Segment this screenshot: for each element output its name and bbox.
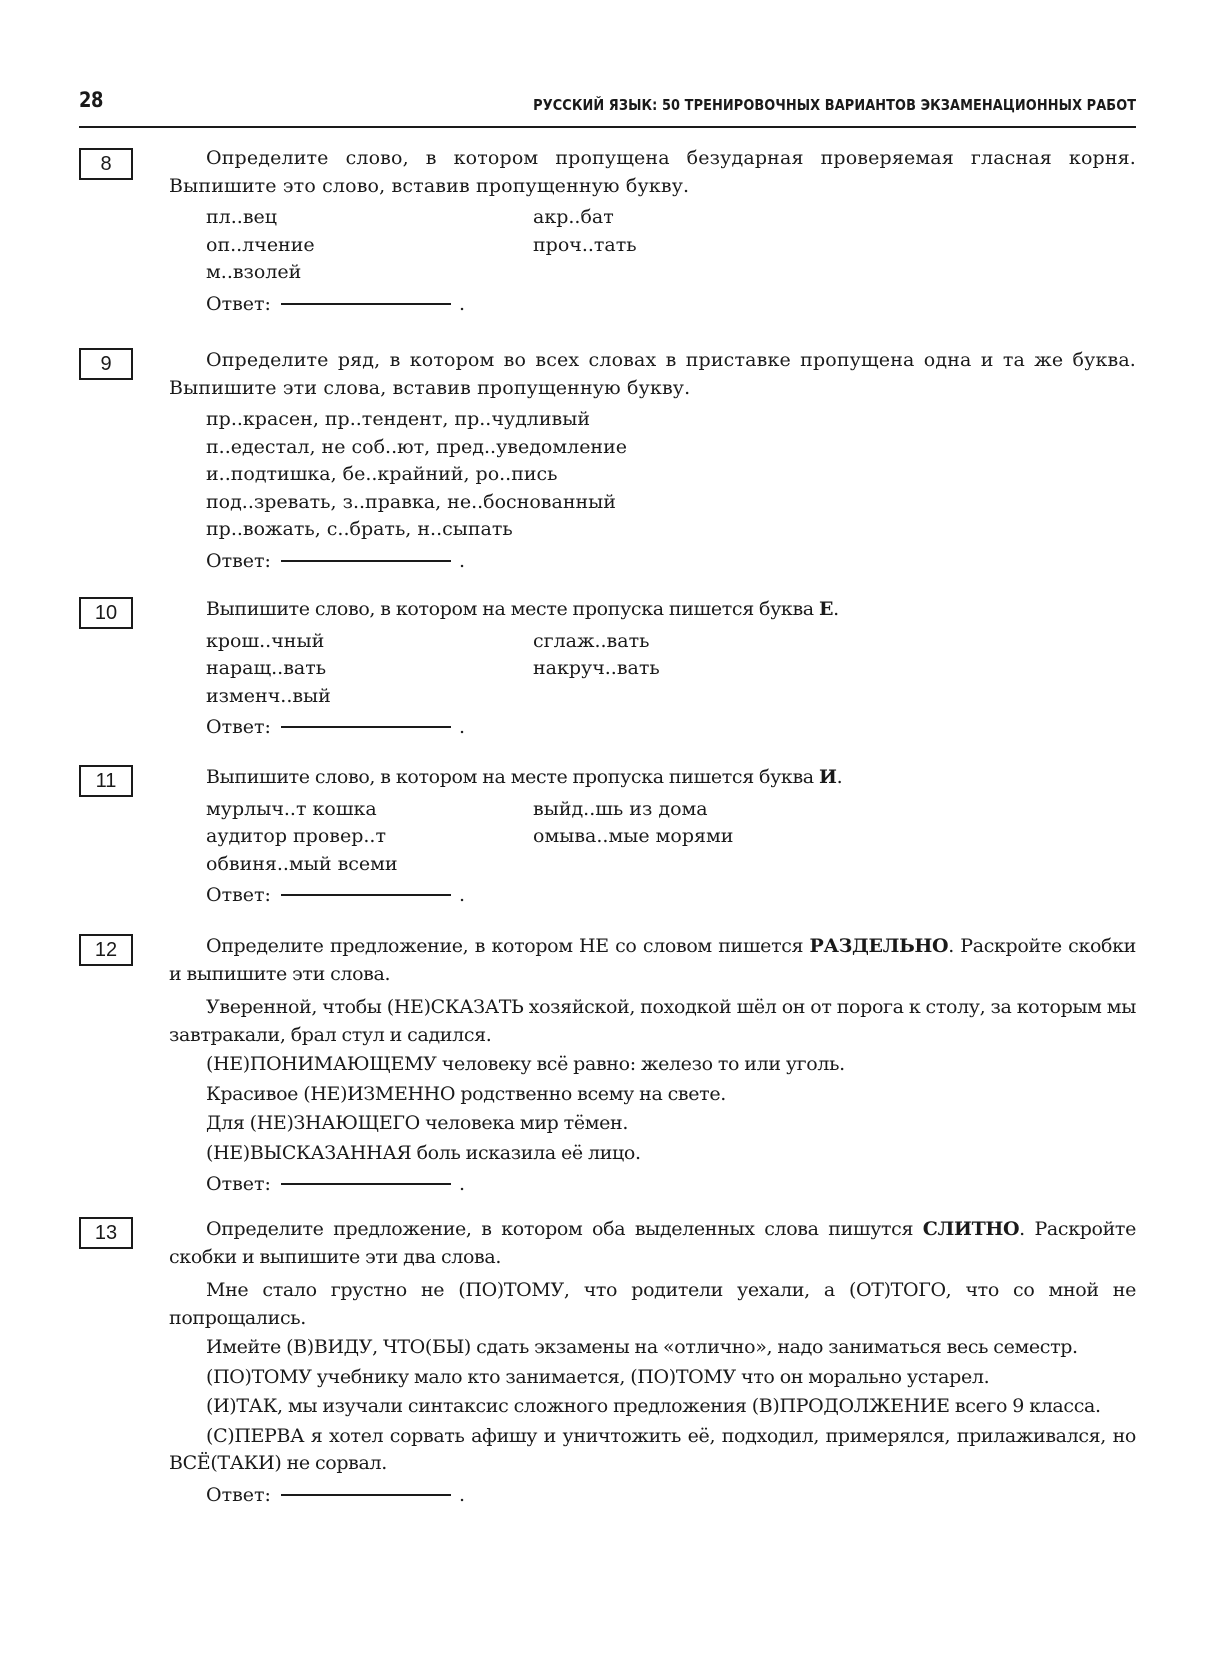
prompt-text: Определите предложение, в котором оба вы…	[206, 1218, 923, 1240]
task-number-box: 10	[79, 597, 133, 629]
options-grid: пл..вец акр..бат оп..лчение проч..тать м…	[206, 204, 1136, 287]
task-body: Выпишите слово, в котором на месте пропу…	[169, 596, 1136, 742]
option: проч..тать	[533, 232, 1136, 260]
sentence-option: Имейте (В)ВИДУ, ЧТО(БЫ) сдать экзамены н…	[169, 1334, 1136, 1362]
options-grid: крош..чный сглаж..вать наращ..вать накру…	[206, 628, 1136, 711]
answer-field: Ответ: .	[206, 1482, 1136, 1510]
page-number: 28	[79, 88, 103, 112]
option: акр..бат	[533, 204, 1136, 232]
task-prompt: Определите ряд, в котором во всех словах…	[169, 347, 1136, 402]
prompt-emphasis: Е	[819, 598, 833, 620]
option: сглаж..вать	[533, 628, 1136, 656]
task-number-box: 13	[79, 1217, 133, 1249]
task-prompt: Определите предложение, в котором оба вы…	[169, 1216, 1136, 1271]
option-row: под..зревать, з..правка, не..боснованный	[206, 489, 1136, 517]
answer-dot: .	[459, 291, 465, 319]
option: выйд..шь из дома	[533, 796, 1136, 824]
answer-dot: .	[459, 548, 465, 576]
prompt-emphasis: РАЗДЕЛЬНО	[810, 935, 949, 957]
option: обвиня..мый всеми	[206, 851, 533, 879]
option	[533, 851, 1136, 879]
sentence-option: (С)ПЕРВА я хотел сорвать афишу и уничтож…	[169, 1423, 1136, 1478]
sentence-option: (ПО)ТОМУ учебнику мало кто занимается, (…	[169, 1364, 1136, 1392]
sentence-option: (И)ТАК, мы изучали синтаксис сложного пр…	[169, 1393, 1136, 1421]
answer-line[interactable]	[281, 1494, 451, 1496]
answer-line[interactable]	[281, 894, 451, 896]
option: накруч..вать	[533, 655, 1136, 683]
option-rows: пр..красен, пр..тендент, пр..чудливый п.…	[206, 406, 1136, 544]
answer-label: Ответ:	[206, 882, 271, 910]
sentence-option: Мне стало грустно не (ПО)ТОМУ, что родит…	[169, 1277, 1136, 1332]
options-grid: мурлыч..т кошка выйд..шь из дома аудитор…	[206, 796, 1136, 879]
prompt-text: Выпишите слово, в котором на месте пропу…	[206, 598, 819, 620]
task-body: Определите слово, в котором пропущена бе…	[169, 145, 1136, 318]
task-number-box: 11	[79, 765, 133, 797]
prompt-text: Выпишите слово, в котором на месте пропу…	[206, 766, 819, 788]
option-row: и..подтишка, бе..крайний, ро..пись	[206, 461, 1136, 489]
sentence-option: Уверенной, чтобы (НЕ)СКАЗАТЬ хозяйской, …	[169, 994, 1136, 1049]
answer-field: Ответ: .	[206, 548, 1136, 576]
task-number-box: 12	[79, 934, 133, 966]
task-body: Определите ряд, в котором во всех словах…	[169, 347, 1136, 575]
page-header: 28 РУССКИЙ ЯЗЫК: 50 ТРЕНИРОВОЧНЫХ ВАРИАН…	[79, 86, 1136, 128]
option: аудитор провер..т	[206, 823, 533, 851]
option: изменч..вый	[206, 683, 533, 711]
task-prompt: Выпишите слово, в котором на месте пропу…	[169, 596, 1136, 624]
sentence-option: Для (НЕ)ЗНАЮЩЕГО человека мир тёмен.	[169, 1110, 1136, 1138]
option	[533, 259, 1136, 287]
task-body: Определите предложение, в котором оба вы…	[169, 1216, 1136, 1509]
task-body: Выпишите слово, в котором на месте пропу…	[169, 764, 1136, 910]
option-row: пр..вожать, с..брать, н..сыпать	[206, 516, 1136, 544]
task-body: Определите предложение, в котором НЕ со …	[169, 933, 1136, 1199]
option-row: пр..красен, пр..тендент, пр..чудливый	[206, 406, 1136, 434]
option: пл..вец	[206, 204, 533, 232]
answer-label: Ответ:	[206, 548, 271, 576]
option: крош..чный	[206, 628, 533, 656]
answer-dot: .	[459, 882, 465, 910]
answer-label: Ответ:	[206, 291, 271, 319]
option: омыва..мые морями	[533, 823, 1136, 851]
answer-dot: .	[459, 1171, 465, 1199]
task-number-box: 8	[79, 148, 133, 180]
answer-label: Ответ:	[206, 714, 271, 742]
option: мурлыч..т кошка	[206, 796, 533, 824]
prompt-end: .	[837, 766, 843, 788]
answer-field: Ответ: .	[206, 1171, 1136, 1199]
answer-line[interactable]	[281, 1183, 451, 1185]
task-prompt: Выпишите слово, в котором на месте пропу…	[169, 764, 1136, 792]
answer-field: Ответ: .	[206, 714, 1136, 742]
answer-label: Ответ:	[206, 1171, 271, 1199]
task-prompt: Определите слово, в котором пропущена бе…	[169, 145, 1136, 200]
prompt-emphasis: И	[819, 766, 837, 788]
option	[533, 683, 1136, 711]
prompt-end: .	[833, 598, 839, 620]
answer-dot: .	[459, 1482, 465, 1510]
option: м..взолей	[206, 259, 533, 287]
answer-label: Ответ:	[206, 1482, 271, 1510]
answer-dot: .	[459, 714, 465, 742]
task-number-box: 9	[79, 348, 133, 380]
sentence-option: (НЕ)ПОНИМАЮЩЕМУ человеку всё равно: желе…	[169, 1051, 1136, 1079]
prompt-text: Определите предложение, в котором НЕ со …	[206, 935, 810, 957]
option: оп..лчение	[206, 232, 533, 260]
answer-line[interactable]	[281, 560, 451, 562]
option: наращ..вать	[206, 655, 533, 683]
sentence-option: (НЕ)ВЫСКАЗАННАЯ боль исказила её лицо.	[169, 1140, 1136, 1168]
task-prompt: Определите предложение, в котором НЕ со …	[169, 933, 1136, 988]
running-title: РУССКИЙ ЯЗЫК: 50 ТРЕНИРОВОЧНЫХ ВАРИАНТОВ…	[533, 96, 1136, 114]
answer-field: Ответ: .	[206, 291, 1136, 319]
prompt-emphasis: СЛИТНО	[923, 1218, 1019, 1240]
sentence-option: Красивое (НЕ)ИЗМЕННО родственно всему на…	[169, 1081, 1136, 1109]
answer-line[interactable]	[281, 303, 451, 305]
answer-line[interactable]	[281, 726, 451, 728]
option-row: п..едестал, не соб..ют, пред..уведомлени…	[206, 434, 1136, 462]
answer-field: Ответ: .	[206, 882, 1136, 910]
